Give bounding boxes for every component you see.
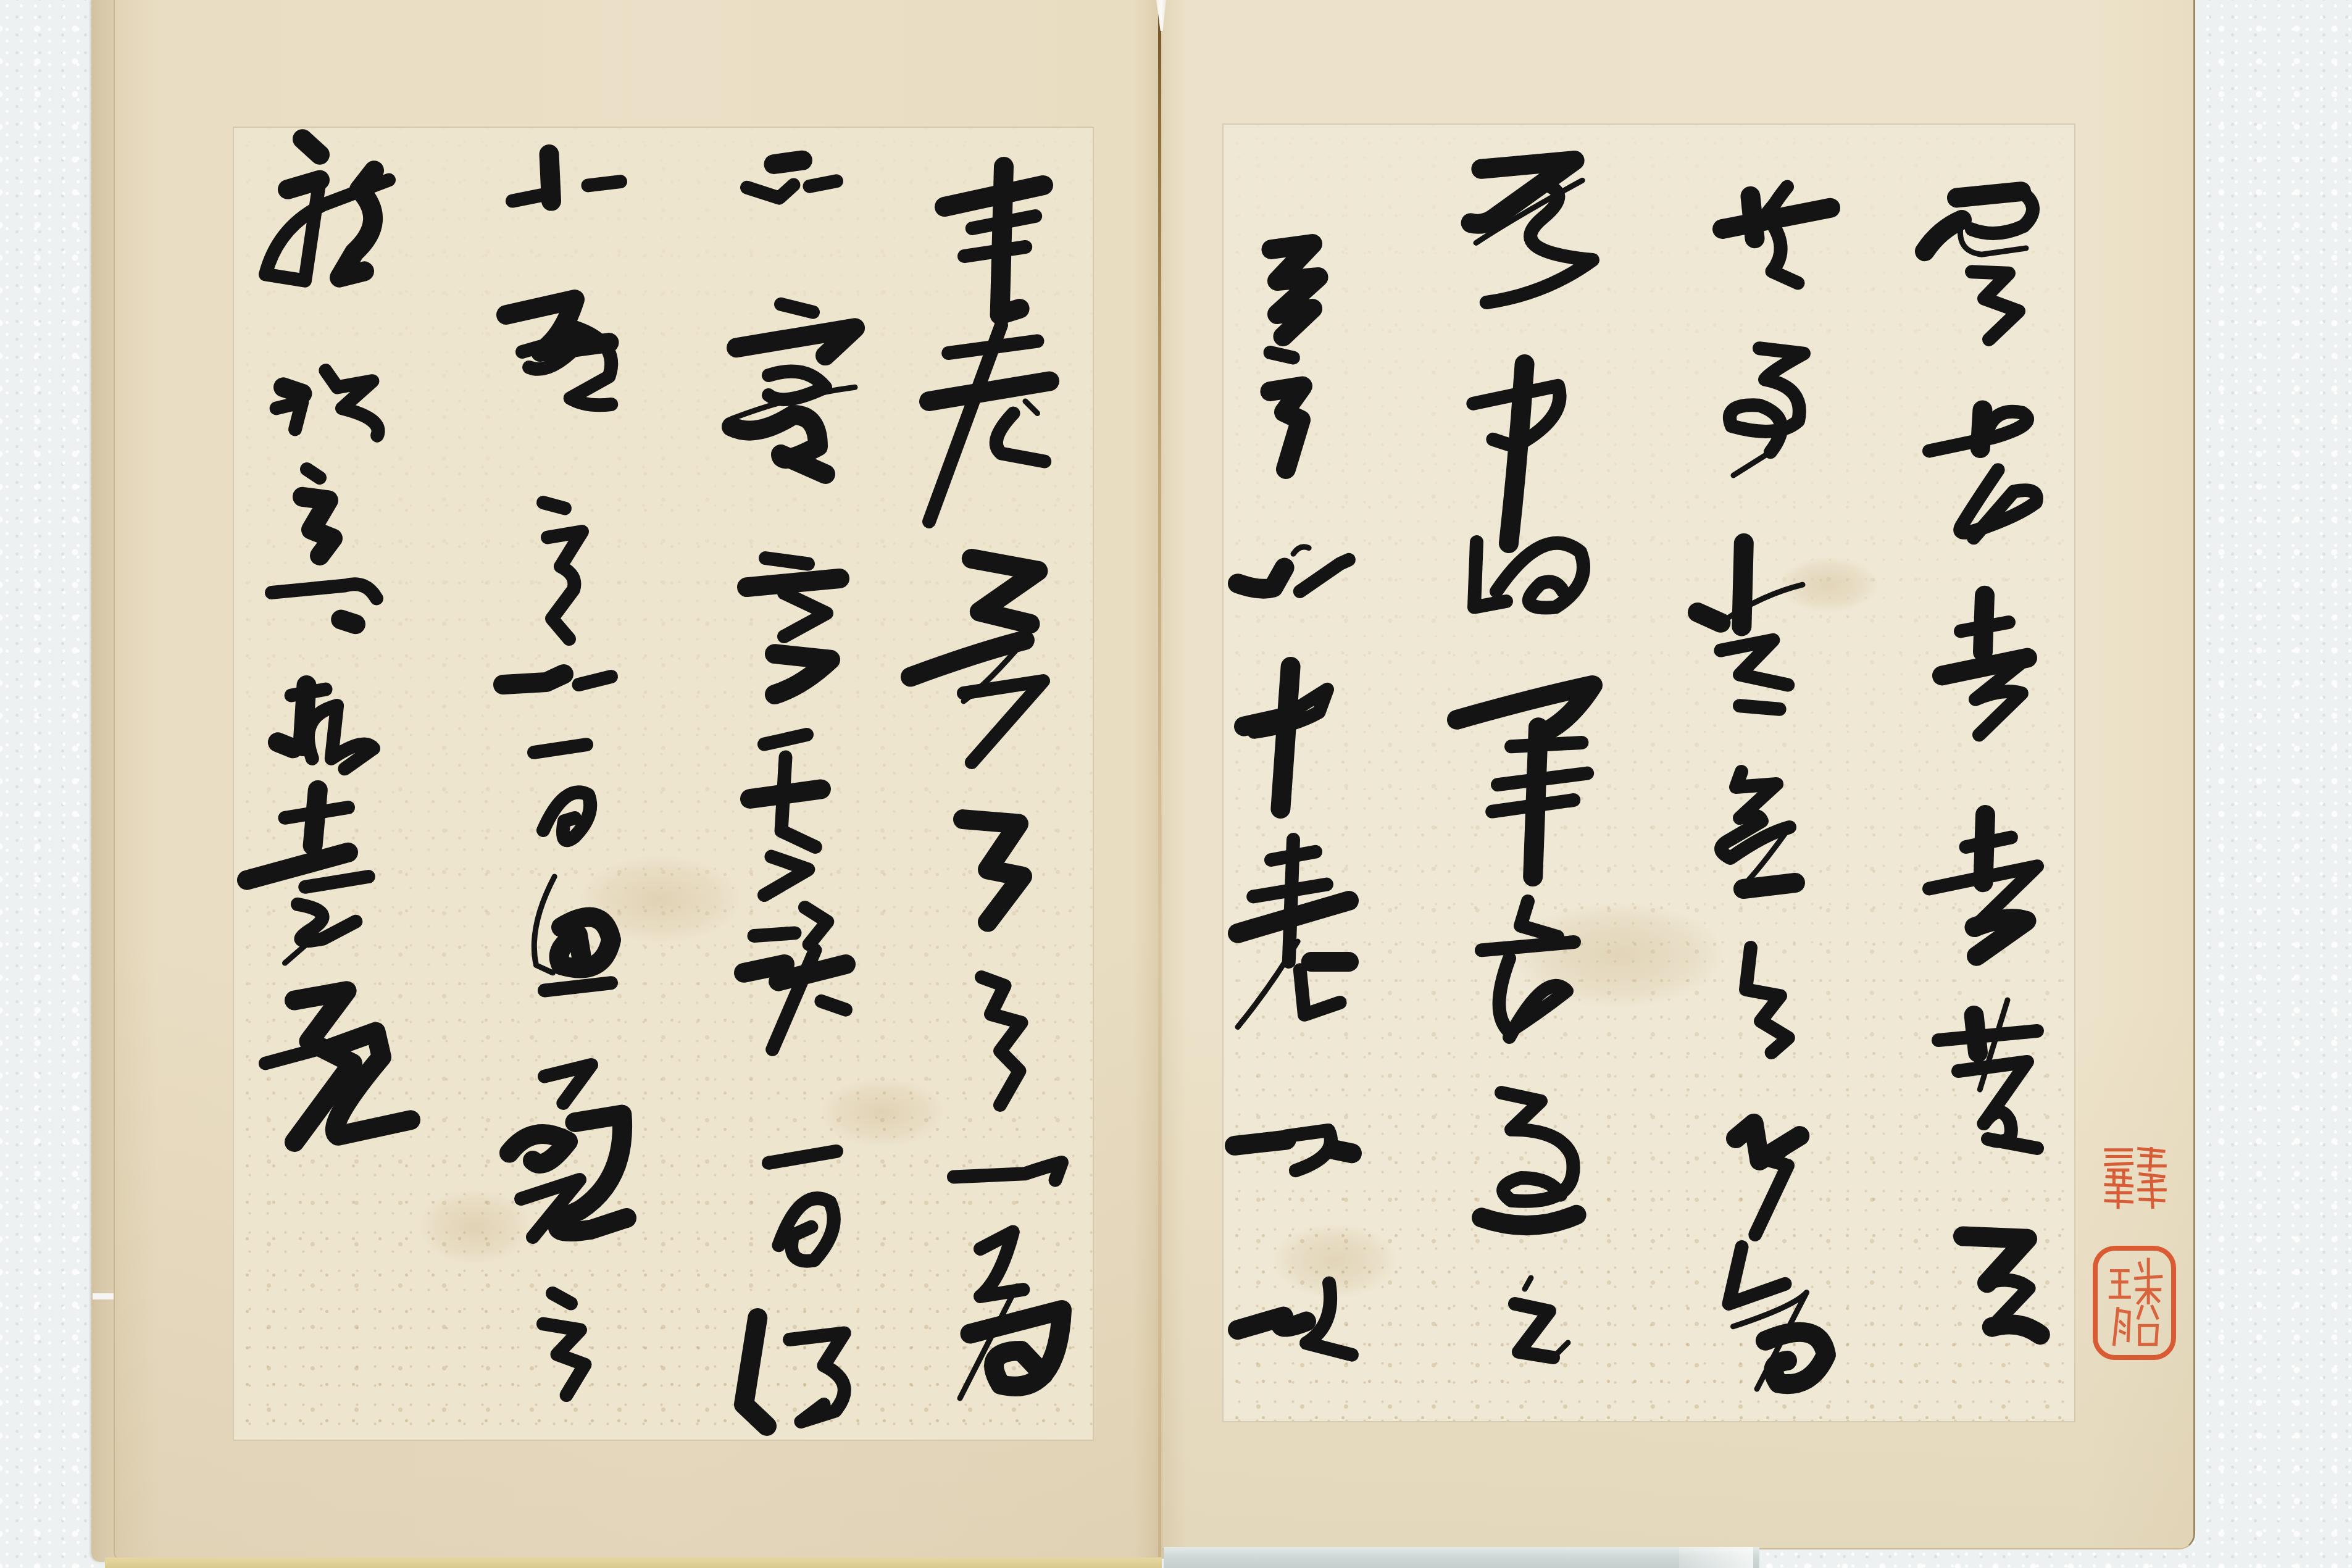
calligraphy-character: 壹 bbox=[247, 790, 373, 963]
character-text: 思 bbox=[528, 877, 611, 1003]
character-text: 致 bbox=[1463, 161, 1593, 302]
calligraphy-character: 久 bbox=[1729, 1111, 1803, 1235]
calligraphy-character: 年 bbox=[945, 167, 1043, 321]
character-text: 之 bbox=[543, 494, 586, 639]
character-text: 一 bbox=[954, 1154, 1062, 1195]
calligraphy-character: 奚 bbox=[911, 559, 1043, 762]
calligraphy-character: 河 bbox=[744, 1318, 858, 1426]
character-text: 子 bbox=[1722, 346, 1815, 475]
calligraphy-character: 為 bbox=[960, 1228, 1062, 1398]
calligraphy-character: 之 bbox=[302, 469, 346, 556]
square-seal bbox=[2100, 1143, 2169, 1210]
calligraphy-character: 中 bbox=[1244, 667, 1327, 809]
calligraphy-character: 一 bbox=[534, 735, 586, 762]
calligraphy-character: 何 bbox=[772, 1185, 843, 1269]
character-text: 何 bbox=[772, 1185, 843, 1269]
calligraphy-character: 六 bbox=[503, 661, 611, 701]
character-text: 雲 bbox=[1920, 185, 2043, 343]
character-text: 前 bbox=[1482, 901, 1574, 1037]
calligraphy-character: 至 bbox=[963, 812, 1025, 927]
character-text: 之 bbox=[982, 963, 1028, 1105]
calligraphy-character: 至 bbox=[1963, 1228, 2043, 1358]
character-text: 小 bbox=[512, 154, 620, 219]
calligraphy-character: 為 bbox=[1722, 1247, 1830, 1389]
calligraphy-character: 之 bbox=[1506, 1278, 1568, 1370]
calligraphy-character: 審 bbox=[732, 296, 855, 494]
calligraphy-character: 去 bbox=[1929, 815, 2037, 975]
character-text: 之 bbox=[302, 469, 346, 556]
character-text: 河 bbox=[272, 364, 389, 469]
calligraphy-character: 何 bbox=[543, 775, 596, 852]
calligraphy-character: 至 bbox=[1266, 244, 1324, 336]
calligraphy-character: 思 bbox=[528, 877, 611, 1003]
calligraphy-character: 淚 bbox=[744, 907, 846, 1049]
calligraphy-character: 之 bbox=[543, 1293, 590, 1395]
calligraphy-character: 之 bbox=[982, 963, 1028, 1105]
character-text: 河 bbox=[744, 1318, 858, 1426]
character-text: 一 bbox=[769, 1145, 836, 1173]
calligraphy-character: 昔 bbox=[1938, 1000, 2037, 1154]
character-text: 為 bbox=[960, 1228, 1062, 1398]
calligraphy-character: 氣 bbox=[1710, 772, 1803, 926]
character-text: 長 bbox=[750, 735, 821, 895]
character-text: 言 bbox=[747, 549, 840, 694]
character-text: 何 bbox=[543, 775, 596, 852]
seal-script-strokes bbox=[2100, 1143, 2169, 1210]
character-text: 之 bbox=[1741, 948, 1790, 1053]
book-gutter bbox=[1158, 0, 1161, 1557]
calligraphy-character: 的 bbox=[1469, 512, 1593, 611]
character-text: 壹 bbox=[247, 790, 373, 963]
clear-support-tray bbox=[1164, 1547, 1759, 1568]
calligraphy-character: 及 bbox=[265, 985, 411, 1142]
character-text: 歌 bbox=[506, 281, 620, 435]
calligraphy-character: 一 bbox=[272, 568, 377, 627]
character-text: 氣 bbox=[1710, 772, 1803, 926]
character-text: 至 bbox=[963, 812, 1025, 927]
character-text: 六 bbox=[1238, 512, 1349, 611]
calligraphy-character: 一 bbox=[769, 1145, 836, 1173]
calligraphy-character: 老 bbox=[929, 321, 1049, 522]
character-text: 奚 bbox=[911, 559, 1043, 762]
character-text: 過 bbox=[1482, 1093, 1580, 1235]
character-text: 去 bbox=[1938, 593, 2031, 741]
character-text: 審 bbox=[732, 296, 855, 494]
seal-text: 珠船 bbox=[2098, 1251, 2171, 1355]
calligraphy-character: 致 bbox=[1463, 161, 1593, 302]
calligraphy-character: 六 bbox=[1238, 512, 1349, 611]
tray-highlight bbox=[1679, 1547, 1753, 1568]
character-text: 六 bbox=[503, 661, 611, 701]
character-text: 至 bbox=[1963, 1228, 2043, 1358]
calligraphy-character: 安 bbox=[1929, 407, 2040, 543]
calligraphy-character: 言 bbox=[747, 549, 840, 694]
calligraphy-character: 表 bbox=[1238, 840, 1349, 1043]
character-text: 年 bbox=[945, 167, 1043, 321]
calligraphy-character: 六 bbox=[747, 151, 836, 216]
character-text: 安 bbox=[1929, 407, 2040, 543]
calligraphy-character: 不 bbox=[1235, 1111, 1352, 1207]
character-text: 為 bbox=[1722, 1247, 1830, 1389]
character-text: 以 bbox=[1238, 1275, 1352, 1358]
calligraphy-character: 河 bbox=[272, 364, 389, 469]
calligraphy-character: 故 bbox=[278, 685, 373, 787]
calligraphy-character: 致 bbox=[509, 1065, 627, 1256]
character-text: 一 bbox=[272, 568, 377, 627]
character-text: 新 bbox=[265, 133, 389, 290]
book-bottom-edge bbox=[105, 1558, 1162, 1568]
character-text: 淚 bbox=[744, 907, 846, 1049]
character-text: 昔 bbox=[1938, 1000, 2037, 1154]
character-text: 至 bbox=[1266, 244, 1324, 336]
character-text: 及 bbox=[265, 985, 411, 1142]
round-seal: 珠船 bbox=[2093, 1246, 2176, 1360]
character-text: 六 bbox=[747, 151, 836, 216]
calligraphy-character: 子 bbox=[1722, 346, 1815, 475]
calligraphy-character: 過 bbox=[1482, 1093, 1580, 1235]
calligraphy-character: 之 bbox=[1266, 340, 1312, 469]
character-text: 之 bbox=[1266, 340, 1312, 469]
character-text: 老 bbox=[929, 321, 1049, 522]
character-text: 去 bbox=[1929, 815, 2037, 975]
calligraphy-character: 去 bbox=[1938, 593, 2031, 741]
character-text: 之 bbox=[1506, 1278, 1568, 1370]
character-text: 致 bbox=[509, 1065, 627, 1256]
calligraphy-character: 前 bbox=[1482, 901, 1574, 1037]
calligraphy-character: 小 bbox=[512, 154, 620, 219]
page-edge-notch bbox=[93, 1293, 115, 1299]
character-text: 軍 bbox=[1457, 685, 1593, 877]
calligraphy-character: 以 bbox=[1238, 1275, 1352, 1358]
character-text: 中 bbox=[1244, 667, 1327, 809]
calligraphy-character: 之 bbox=[1741, 948, 1790, 1053]
character-text: 久 bbox=[1729, 1111, 1803, 1235]
character-text: 不 bbox=[1235, 1111, 1352, 1207]
character-text: 表 bbox=[1238, 840, 1349, 1043]
character-text: 的 bbox=[1469, 512, 1593, 611]
character-text: 豈 bbox=[1698, 543, 1803, 716]
calligraphy-character: 長 bbox=[750, 735, 821, 895]
calligraphy-character: 一 bbox=[954, 1154, 1062, 1195]
character-text: 一 bbox=[534, 735, 586, 762]
calligraphy-character: 世 bbox=[1722, 182, 1830, 299]
calligraphy-character: 之 bbox=[543, 494, 586, 639]
calligraphy-character: 豈 bbox=[1698, 543, 1803, 716]
character-text: 世 bbox=[1722, 182, 1830, 299]
calligraphy-character: 軍 bbox=[1457, 685, 1593, 877]
character-text: 故 bbox=[278, 685, 373, 787]
calligraphy-character: 雲 bbox=[1920, 185, 2043, 343]
calligraphy-character: 歌 bbox=[506, 281, 620, 435]
calligraphy-character: 新 bbox=[265, 133, 389, 290]
character-text: 之 bbox=[543, 1293, 590, 1395]
foxing-stain bbox=[820, 1078, 944, 1146]
